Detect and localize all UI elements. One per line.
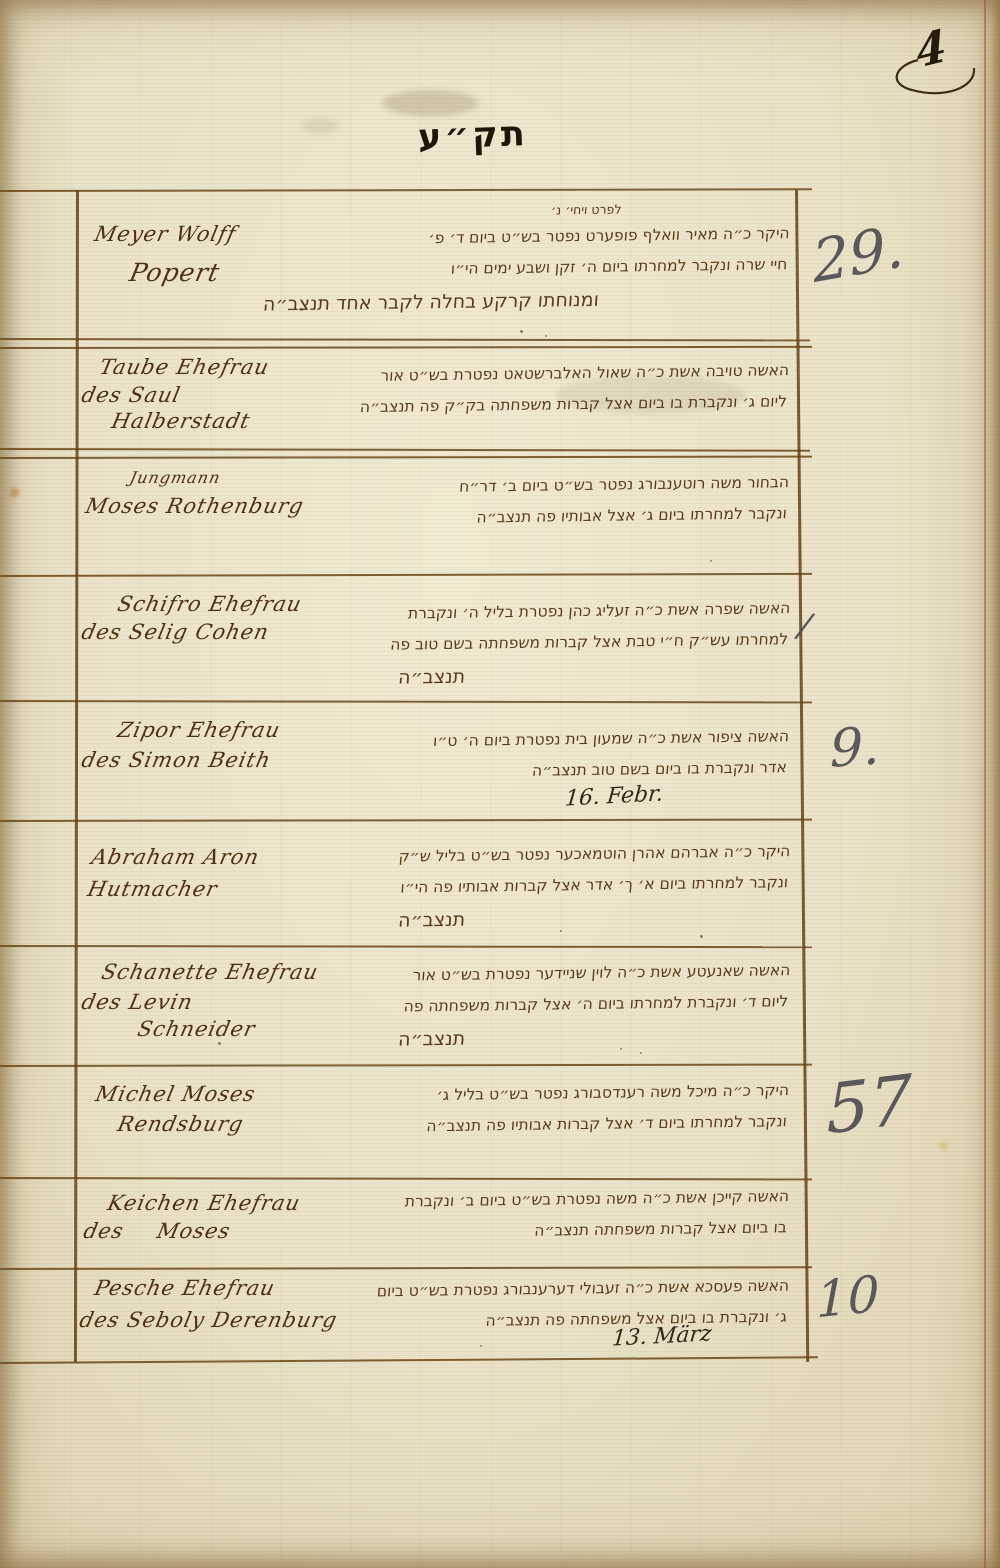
pencil-number: 57	[826, 1061, 913, 1151]
hebrew-line: ונקבר למחרתו ביום ד׳ אצל קברות אבותיו פה…	[238, 1106, 788, 1145]
table-rule-horizontal	[0, 448, 810, 452]
name-line: des Moses	[81, 1219, 233, 1243]
year-heading: תק״ע	[417, 114, 528, 158]
name-line: Hutmacher	[85, 877, 220, 901]
name-line: des Saul	[79, 383, 183, 407]
name-line: Pesche Ehefrau	[92, 1276, 277, 1300]
entry-hebrew-text: היקר כ״ה אברהם אהרן הוטמאכער נפטר בש״ט ב…	[236, 836, 791, 940]
manuscript-page: 4 תק״ע Meyer Wolff Popert לפרט ויחי׳ נ׳ …	[0, 0, 1000, 1568]
pencil-number: 10	[816, 1265, 879, 1330]
entry-date: 16. Febr.	[564, 781, 664, 811]
folio-corner: 4	[888, 18, 980, 102]
entry-hebrew-text: האשה טויבה אשת כ״ה שאול האלברשטאט נפטרת …	[238, 355, 791, 425]
hebrew-line: ונקבר למחרתו ביום ג׳ אצל אבותיו פה תנצב״…	[238, 498, 788, 537]
page-edge	[991, 0, 1000, 1568]
entry-hebrew-text: לפרט ויחי׳ נ׳ היקר כ״ה מאיר וואלף פופערט…	[236, 196, 793, 322]
entry-hebrew-text: הבחור משה רוטענבורג נפטר בש״ט ביום ב׳ דר…	[238, 467, 791, 537]
hebrew-line: אדר ונקברת בו ביום בשם טוב תנצב״ה	[238, 752, 788, 791]
register-row: Schifro Ehefrau des Selig Cohen האשה שפר…	[0, 575, 1000, 700]
entry-hebrew-text: האשה פעסכא אשת כ״ה זעבולי דערענבורג נפטר…	[298, 1271, 791, 1340]
register-row: Taube Ehefrau des Saul Halberstadt האשה …	[0, 347, 1000, 448]
hebrew-line: ג׳ ונקברת בו ביום אצל משפחתה פה תנצב״ה	[298, 1302, 788, 1340]
ink-bleed-ghost	[382, 90, 478, 116]
name-line: Rendsburg	[115, 1112, 246, 1136]
entry-hebrew-text: האשה קייכן אשת כ״ה משה נפטרת בש״ט ביום ב…	[238, 1181, 791, 1251]
hebrew-line: תנצב״ה	[157, 899, 707, 941]
margin-rule	[984, 0, 986, 1568]
register-row: Keichen Ehefrau des Moses האשה קייכן אשת…	[0, 1177, 1000, 1268]
name-line: Meyer Wolff	[92, 222, 238, 246]
entry-hebrew-text: האשה ציפור אשת כ״ה שמעון בית נפטרת ביום …	[238, 721, 791, 791]
name-line: Abraham Aron	[89, 845, 261, 869]
pencil-number: 9.	[830, 716, 880, 780]
hebrew-line: תנצב״ה	[157, 656, 707, 698]
hebrew-line: ומנוחתו קרקע בחלה לקבר אחד תנצב״ה	[156, 281, 706, 323]
hebrew-line: ליום ג׳ ונקברת בו ביום אצל קברות משפחתה …	[238, 386, 788, 425]
name-line: Jungmann	[128, 468, 223, 487]
entry-date: 13. März	[611, 1321, 713, 1351]
register-row: Jungmann Moses Rothenburg הבחור משה רוטע…	[0, 457, 1000, 575]
entry-hebrew-text: האשה שאנעטע אשת כ״ה לוין שניידער נפטרת ב…	[236, 955, 791, 1059]
name-line: Michel Moses	[93, 1082, 258, 1106]
name-line: des Levin	[79, 990, 195, 1014]
register-row: Abraham Aron Hutmacher היקר כ״ה אברהם אה…	[0, 820, 1000, 945]
table-rule-horizontal	[0, 338, 810, 341]
hebrew-line: בו ביום אצל קברות משפחתה תנצב״ה	[238, 1212, 788, 1251]
name-line: Popert	[127, 258, 223, 287]
entry-hebrew-text: האשה שפרה אשת כ״ה זעליג כהן נפטרת בליל ה…	[236, 593, 791, 697]
register-row: Schanette Ehefrau des Levin Schneider הא…	[0, 945, 1000, 1065]
name-line: Halberstadt	[109, 409, 252, 433]
hebrew-line: תנצב״ה	[157, 1018, 707, 1060]
folio-number: 4	[914, 20, 949, 79]
ink-bleed-ghost	[300, 118, 340, 134]
entry-hebrew-text: היקר כ״ה מיכל משה רענדסבורג נפטר בש״ט בל…	[238, 1075, 791, 1145]
